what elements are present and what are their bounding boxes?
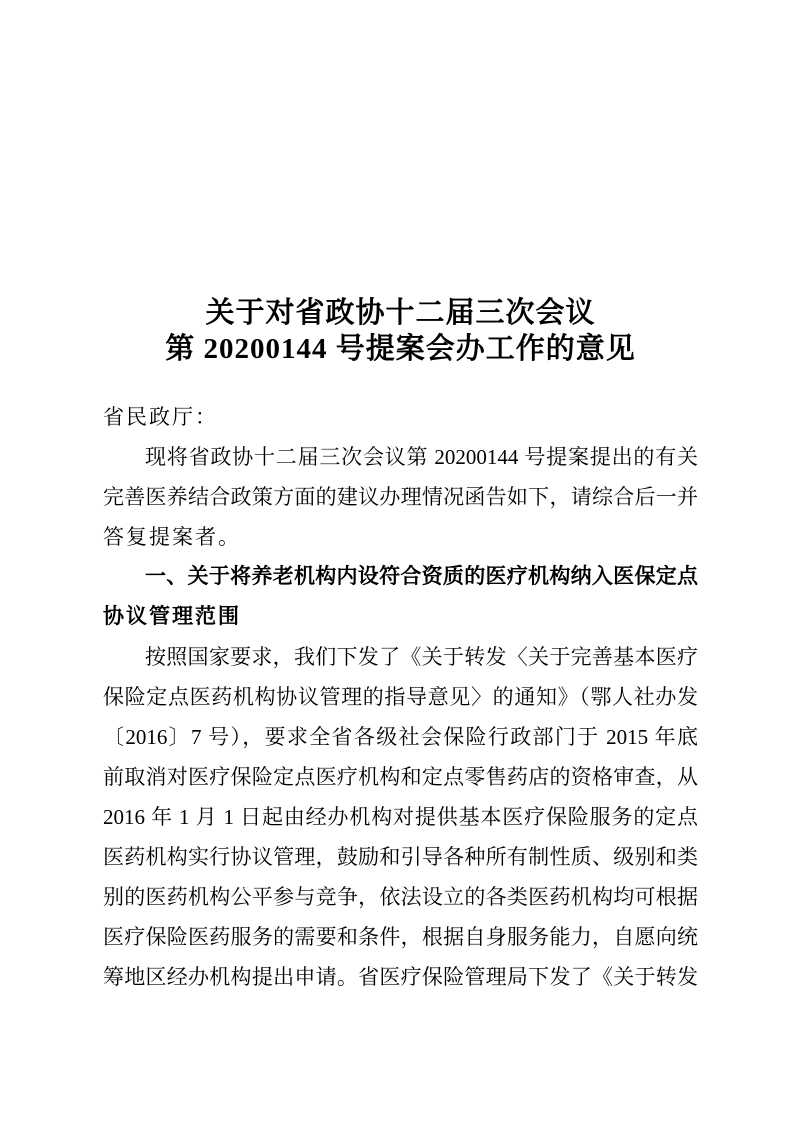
text-line: 2016 年 1 月 1 日起由经办机构对提供基本医疗保险服务的定点 — [103, 797, 698, 837]
text-line: 保险定点医药机构协议管理的指导意见〉的通知》（鄂人社办发 — [103, 677, 698, 717]
text-line: 完善医养结合政策方面的建议办理情况函告如下，请综合后一并 — [103, 477, 698, 517]
text-line: 答复提案者。 — [103, 517, 698, 557]
document-page: 关于对省政协十二届三次会议 第 20200144 号提案会办工作的意见 省民政厅… — [0, 0, 800, 1132]
text-line: 一、关于将养老机构内设符合资质的医疗机构纳入医保定点 — [103, 557, 698, 597]
text-line: 协议管理范围 — [103, 597, 698, 637]
paragraph: 省民政厅： — [103, 397, 698, 437]
section-heading: 一、关于将养老机构内设符合资质的医疗机构纳入医保定点协议管理范围 — [103, 557, 698, 637]
text-line: 〔2016〕7 号），要求全省各级社会保险行政部门于 2015 年底 — [103, 717, 698, 757]
text-line: 按照国家要求，我们下发了《关于转发〈关于完善基本医疗 — [103, 637, 698, 677]
text-line: 省民政厅： — [103, 397, 698, 437]
text-line: 医疗保险医药服务的需要和条件，根据自身服务能力，自愿向统 — [103, 917, 698, 957]
text-line: 别的医药机构公平参与竞争，依法设立的各类医药机构均可根据 — [103, 877, 698, 917]
paragraph: 现将省政协十二届三次会议第 20200144 号提案提出的有关完善医养结合政策方… — [103, 437, 698, 557]
title-line-2: 第 20200144 号提案会办工作的意见 — [103, 331, 698, 367]
title-line-1: 关于对省政协十二届三次会议 — [103, 295, 698, 331]
document-body: 省民政厅：现将省政协十二届三次会议第 20200144 号提案提出的有关完善医养… — [103, 397, 698, 997]
document-content: 关于对省政协十二届三次会议 第 20200144 号提案会办工作的意见 省民政厅… — [103, 295, 698, 997]
paragraph: 按照国家要求，我们下发了《关于转发〈关于完善基本医疗保险定点医药机构协议管理的指… — [103, 637, 698, 997]
text-line: 筹地区经办机构提出申请。省医疗保险管理局下发了《关于转发 — [103, 957, 698, 997]
text-line: 现将省政协十二届三次会议第 20200144 号提案提出的有关 — [103, 437, 698, 477]
text-line: 前取消对医疗保险定点医疗机构和定点零售药店的资格审查，从 — [103, 757, 698, 797]
document-title: 关于对省政协十二届三次会议 第 20200144 号提案会办工作的意见 — [103, 295, 698, 367]
text-line: 医药机构实行协议管理，鼓励和引导各种所有制性质、级别和类 — [103, 837, 698, 877]
